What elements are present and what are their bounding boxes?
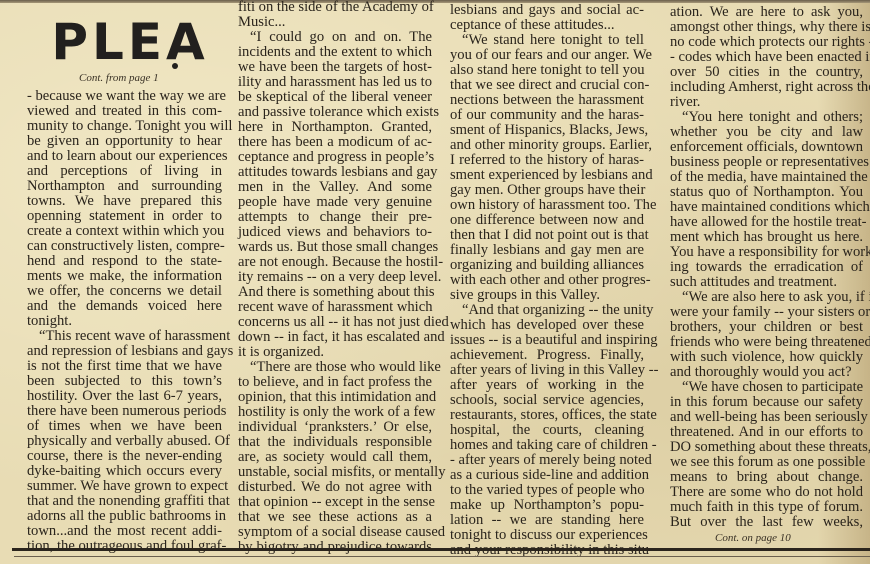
text-line: - after years of merely being noted [450,453,644,468]
text-line: with such violence, how quickly [670,350,863,365]
text-line: have maintained conditions which [670,200,863,215]
text-line: that we see these actions as a [238,510,432,525]
text-line: ation. We are here to ask you, [670,5,863,20]
text-line: create a context within which you [27,224,222,239]
text-line: men in the Valley. And some [238,180,432,195]
text-line: - codes which have been enacted in [670,50,863,65]
text-line: “You here tonight and others; [670,110,863,125]
text-line: incidents and the extent to which [238,45,432,60]
text-line: after years of working in the [450,378,644,393]
text-line: of our community and the haras- [450,108,644,123]
text-line: tion, the outrageous and foul graf- [27,539,222,554]
top-rule [0,0,870,3]
text-line: of the media, have maintained the [670,170,863,185]
text-line: sment of Hispanics, Blacks, Jews, [450,123,644,138]
text-line: are, as society would call them, [238,450,432,465]
text-line: Northampton and surrounding [27,179,222,194]
text-line: “We stand here tonight to tell [450,33,644,48]
text-line: concerns us all -- it has not just died [238,315,432,330]
text-line: including Amherst, right across the [670,80,863,95]
text-line: unstable, social misfits, or mentally [238,465,432,480]
text-line: one difference between now and [450,213,644,228]
text-line: hostility. Over the last 6-7 years, [27,389,222,404]
text-line: in this forum because our safety [670,395,863,410]
text-line: sment experienced by lesbians and [450,168,644,183]
text-line: is not the first time that we have [27,359,222,374]
text-line: adorns all the public bathrooms in [27,509,222,524]
text-line: lesbians and gays and social ac- [450,3,644,18]
text-line: fiti on the side of the Academy of [238,0,432,15]
text-line: issues -- is a beautiful and inspiring [450,333,644,348]
text-line: of times when we have been [27,419,222,434]
text-line: ceptance and progress in people’s [238,150,432,165]
text-line: ing towards the erradication of [670,260,863,275]
text-line: it is organized. [238,345,432,360]
text-line: been subjected to this town’s [27,374,222,389]
text-line: and thoroughly would you act? [670,365,863,380]
text-line: and perceptions of living in [27,164,222,179]
text-line: be given an opportunity to hear [27,134,222,149]
text-line: disturbed. We do not agree with [238,480,432,495]
text-line: organizing and building alliances [450,258,644,273]
text-line: DO something about these threats, [670,440,863,455]
text-line: river. [670,95,863,110]
text-line: sive groups in this Valley. [450,288,644,303]
text-line: and to learn about our experiences [27,149,222,164]
continued-from-note: Cont. from page 1 [79,72,159,84]
text-line: people have made very genuine [238,195,432,210]
text-line: tonight. [27,314,222,329]
text-line: “And that organizing -- the unity [450,303,644,318]
text-line: course, there is the never-ending [27,449,222,464]
text-line: judiced views and behaviors to- [238,225,432,240]
bottom-rule [12,548,870,551]
text-line: with each other and other progres- [450,273,644,288]
text-line: attitudes towards lesbians and gay [238,165,432,180]
text-line: and the demands voiced here [27,299,222,314]
text-line: whether you be city and law [670,125,863,140]
text-line: town...and the most recent addi- [27,524,222,539]
text-line: There are some who do not hold [670,485,863,500]
text-line: “I could go on and on. The [238,30,432,45]
text-line: were your family -- your sisters or [670,305,863,320]
text-line: amongst other things, why there is [670,20,863,35]
text-line: and repression of lesbians and gays [27,344,222,359]
column-1: - because we want the way we areviewed a… [27,89,222,554]
text-line: and passive tolerance which exists [238,105,432,120]
column-2: fiti on the side of the Academy ofMusic.… [238,0,432,555]
text-line: status quo of Northampton. You [670,185,863,200]
text-line: finally lesbians and gay men are [450,243,644,258]
text-line: also stand here tonight to tell you [450,63,644,78]
text-line: hend and respond to the state- [27,254,222,269]
text-line: make up Northampton’s popu- [450,498,644,513]
text-line: we offer, the concerns we detail [27,284,222,299]
text-line: here in Northampton. Granted, [238,120,432,135]
text-line: then that I did not point out is that [450,228,644,243]
text-line: homes and taking care of children - [450,438,644,453]
text-line: brothers, your children or best [670,320,863,335]
text-line: can constructively listen, compre- [27,239,222,254]
headline: PLEA [40,12,220,72]
text-line: recent wave of harassment which [238,300,432,315]
text-line: own history of harassment too. The [450,198,644,213]
text-line: enforcement officials, downtown [670,140,863,155]
text-line: be skeptical of the liberal veneer [238,90,432,105]
text-line: ility and harassment has led us to [238,75,432,90]
text-line: summer. We have grown to expect [27,479,222,494]
text-line: munity to change. Tonight you will [27,119,222,134]
text-line: Music... [238,15,432,30]
text-line: nections between the harassment [450,93,644,108]
text-line: down -- in fact, it has escalated and [238,330,432,345]
text-line: which has developed over these [450,318,644,333]
text-line: such attitudes and treatment. [670,275,863,290]
text-line: that opinion -- except in the sense [238,495,432,510]
text-line: tonight to discuss our experiences [450,528,644,543]
text-line: wards us. But those small changes [238,240,432,255]
text-line: You have a responsibility for work- [670,245,863,260]
text-line: “We are also here to ask you, if it [670,290,863,305]
text-line: to the varied types of people who [450,483,644,498]
text-line: we have been the targets of host- [238,60,432,75]
text-line: much faith in this type of forum. [670,500,863,515]
text-line: and well-being has been seriously [670,410,863,425]
column-4: ation. We are here to ask you,amongst ot… [670,5,863,530]
text-line: towns. We have prepared this [27,194,222,209]
text-line: as a curious side-line and addition [450,468,644,483]
text-line: ity remains -- on a very deep level. [238,270,432,285]
text-line: lation -- we are standing here [450,513,644,528]
text-line: And there is something about this [238,285,432,300]
text-line: over 50 cities in the country, [670,65,863,80]
text-line: individual ‘pranksters.’ Or else, [238,420,432,435]
text-line: ments we make, the information [27,269,222,284]
bottom-rule-thin [14,556,870,557]
text-line: viewed and treated in this com- [27,104,222,119]
text-line: there has been a modicum of ac- [238,135,432,150]
text-line: schools, social service agencies, [450,393,644,408]
text-line: ment which has brought us here. [670,230,863,245]
column-3: lesbians and gays and social ac-ceptance… [450,3,644,558]
text-line: that the individuals responsible [238,435,432,450]
text-line: to believe, and in fact profess the [238,375,432,390]
text-line: opinion, that this intimidation and [238,390,432,405]
text-line: restaurants, stores, offices, the state [450,408,644,423]
text-line: “There are those who would like [238,360,432,375]
text-line: ceptance of these attitudes... [450,18,644,33]
text-line: gay men. Other groups have their [450,183,644,198]
text-line: after years of living in this Valley -- [450,363,644,378]
text-line: “This recent wave of harassment [27,329,222,344]
text-line: friends who were being threatened [670,335,863,350]
text-line: dyke-baiting which occurs every [27,464,222,479]
text-line: we see this forum as one possible [670,455,863,470]
text-line: I referred to the history of haras- [450,153,644,168]
text-line: are not enough. Because the hostil- [238,255,432,270]
text-line: have allowed for the hostile treat- [670,215,863,230]
text-line: that and the nonending graffiti that [27,494,222,509]
text-line: that we see direct and crucial con- [450,78,644,93]
text-line: attempts to change their pre- [238,210,432,225]
text-line: business people or representatives [670,155,863,170]
text-line: hospital, the courts, cleaning [450,423,644,438]
text-line: no code which protects our rights - [670,35,863,50]
text-line: - because we want the way we are [27,89,222,104]
text-line: openning statement in order to [27,209,222,224]
text-line: means to bring about change. [670,470,863,485]
text-line: there have been numerous periods [27,404,222,419]
text-line: “We have chosen to participate [670,380,863,395]
text-line: But over the last few weeks, [670,515,863,530]
text-line: you of our fears and our anger. We [450,48,644,63]
text-line: achievement. Progress. Finally, [450,348,644,363]
text-line: threatened. And in our efforts to [670,425,863,440]
text-line: symptom of a social disease caused [238,525,432,540]
text-line: hostility is only the work of a few [238,405,432,420]
text-line: physically and verbally abused. Of [27,434,222,449]
text-line: and other minority groups. Earlier, [450,138,644,153]
continued-on-note: Cont. on page 10 [715,532,791,544]
headline-dot [172,63,178,69]
